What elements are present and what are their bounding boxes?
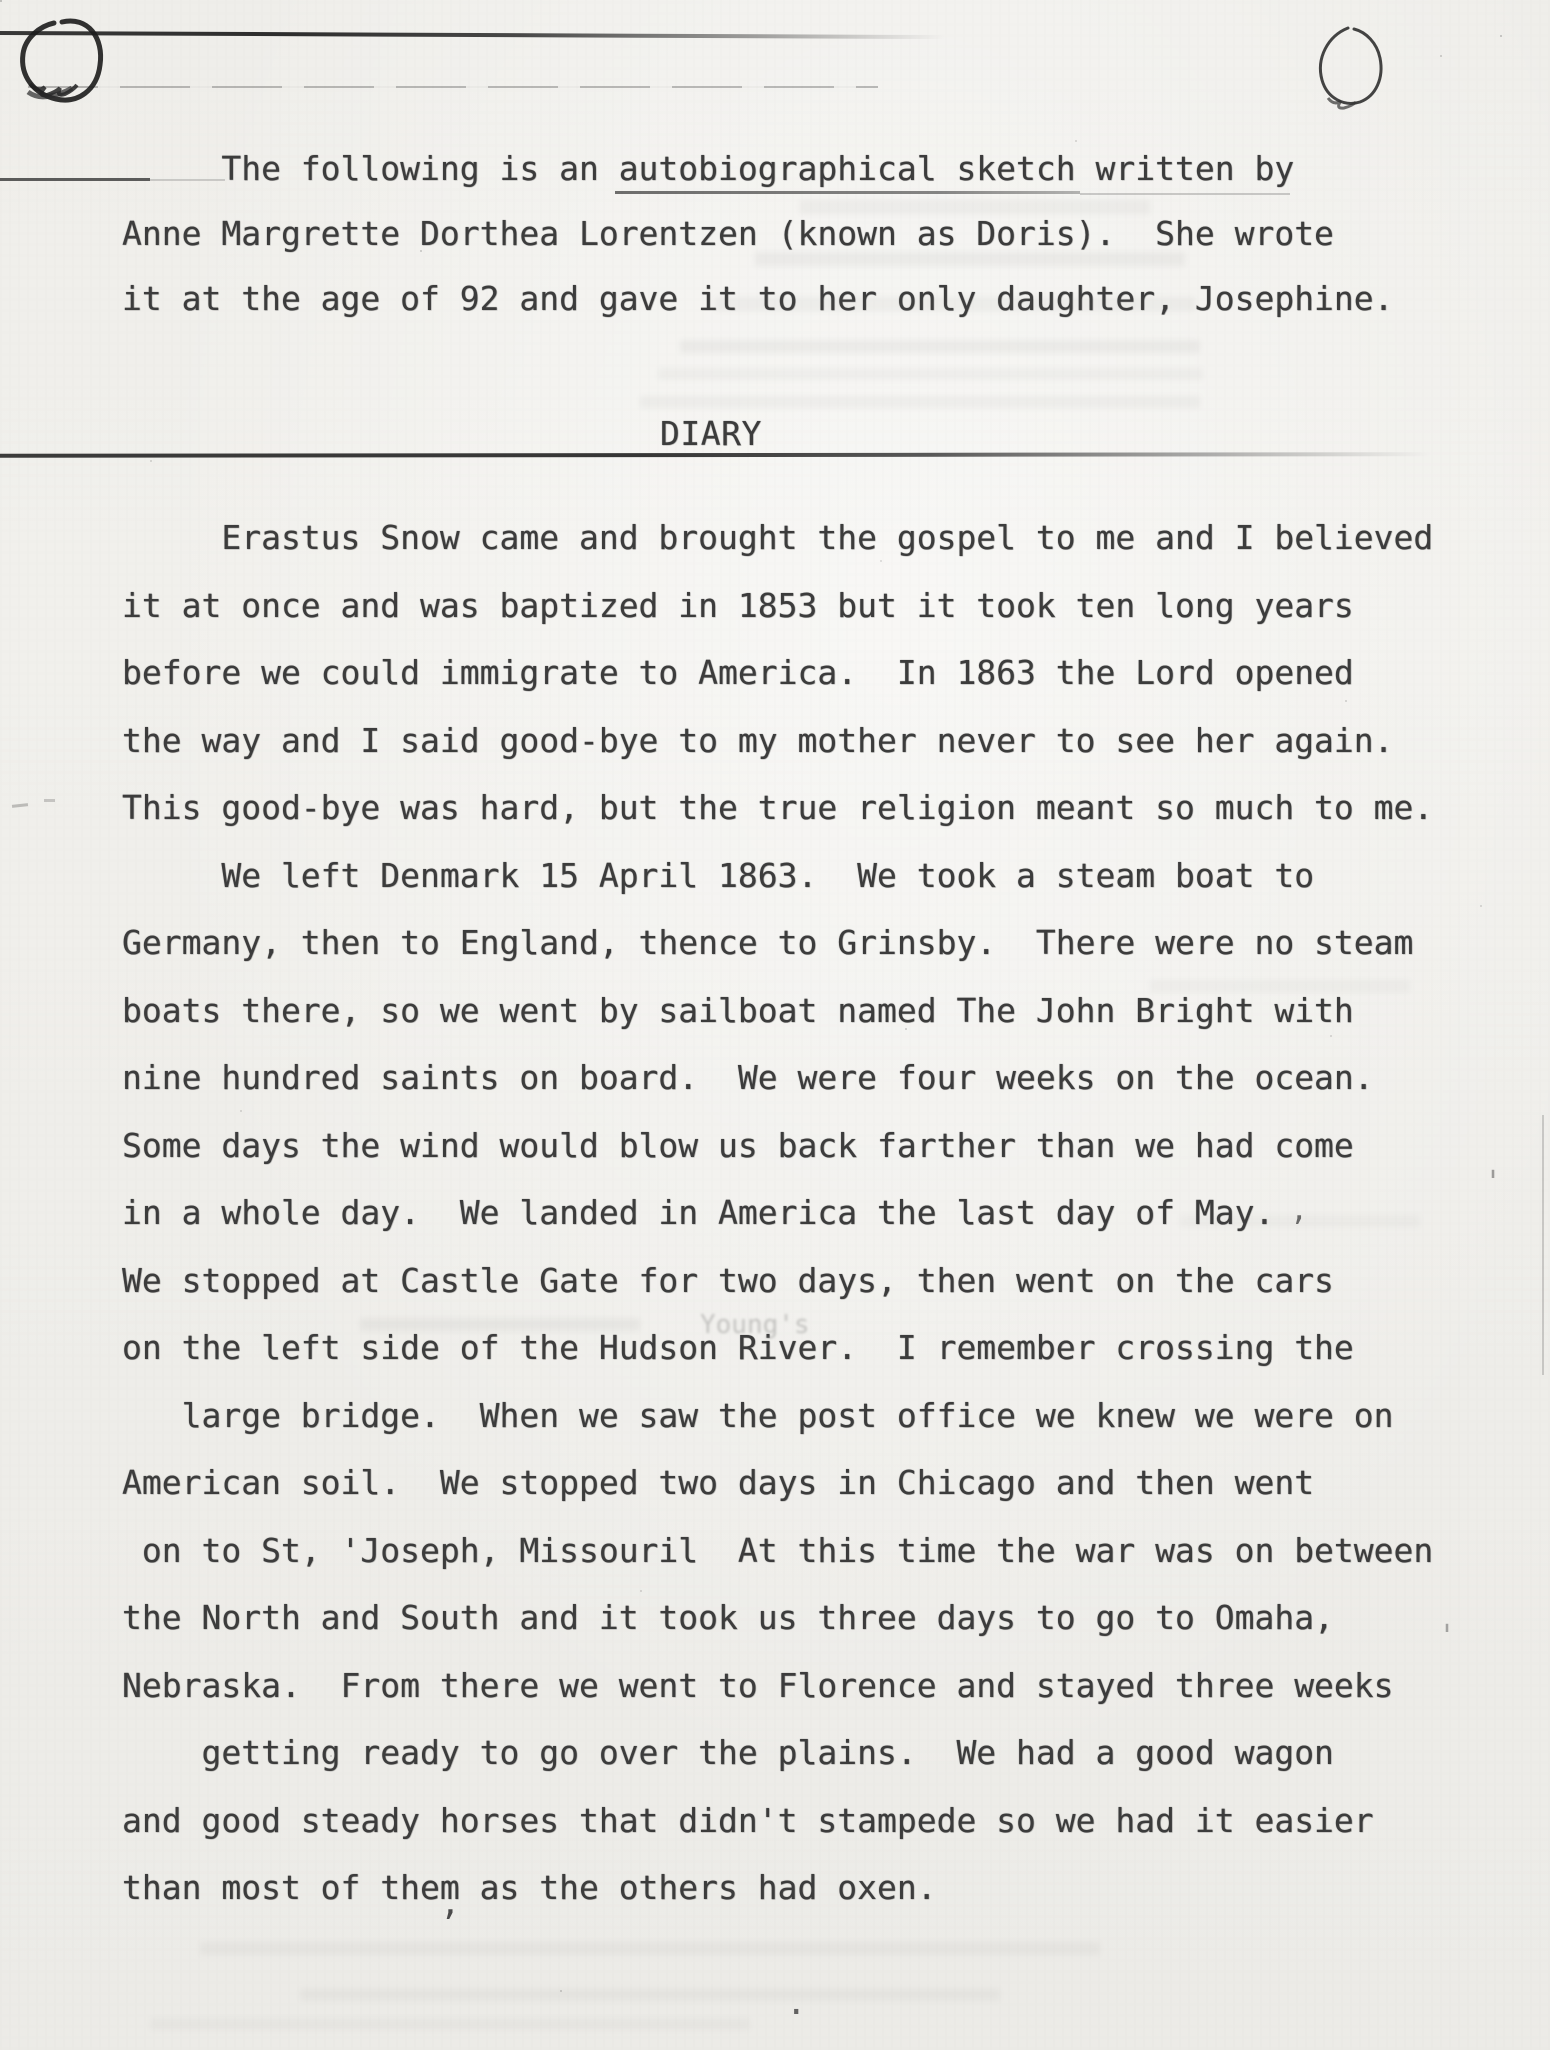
punch-mark-right-icon [1270,10,1430,130]
text-line: on to St, 'Joseph, Missouril At this tim… [122,1517,1433,1585]
text-line: Erastus Snow came and brought the gospel… [122,504,1433,572]
bleedthrough-band [200,1942,1100,1955]
text-line: nine hundred saints on board. We were fo… [122,1044,1433,1112]
scanned-page: The following is an autobiographical ske… [0,0,1550,2050]
margin-dash [12,803,28,808]
diary-heading: DIARY [660,417,762,450]
text-line: We left Denmark 15 April 1863. We took a… [122,842,1433,910]
text-line: it at the age of 92 and gave it to her o… [122,266,1394,331]
text-line: it at once and was baptized in 1853 but … [122,572,1433,640]
bleedthrough-band [300,1988,1000,2001]
text-line: boats there, so we went by sailboat name… [122,977,1433,1045]
scan-line-under-heading [0,452,1430,457]
text-line: Some days the wind would blow us back fa… [122,1112,1433,1180]
margin-dash [44,799,55,802]
text-line: the North and South and it took us three… [122,1584,1433,1652]
stray-tick-right-upper: ' [1484,1168,1502,1198]
text-line: We stopped at Castle Gate for two days, … [122,1247,1433,1315]
text-line: Nebraska. From there we went to Florence… [122,1652,1433,1720]
punch-mark-left-icon [0,0,180,140]
text-line: American soil. We stopped two days in Ch… [122,1449,1433,1517]
bleedthrough-band [680,340,1200,353]
bleedthrough-band [658,368,1203,380]
text-line: and good steady horses that didn't stamp… [122,1787,1433,1855]
text-line: large bridge. When we saw the post offic… [122,1382,1433,1450]
bleedthrough-band [150,2018,750,2030]
text-line: before we could immigrate to America. In… [122,639,1433,707]
text-line: getting ready to go over the plains. We … [122,1719,1433,1787]
text-line: than most of them as the others had oxen… [122,1854,1433,1922]
stray-comma-under-them: , [440,1888,460,1918]
stray-period-bottom: . [786,1988,806,2018]
text-line: Germany, then to England, thence to Grin… [122,909,1433,977]
scan-edge-line [1542,1115,1544,1375]
text-line: The following is an autobiographical ske… [122,136,1394,201]
intro-paragraph: The following is an autobiographical ske… [122,136,1394,331]
bleedthrough-band [640,396,1200,408]
text-line: This good-bye was hard, but the true rel… [122,774,1433,842]
text-line: the way and I said good-bye to my mother… [122,707,1433,775]
text-line: Anne Margrette Dorthea Lorentzen (known … [122,201,1394,266]
ghost-word: Young's [700,1310,810,1340]
stray-comma-after-may: , [1290,1196,1308,1226]
text-line: in a whole day. We landed in America the… [122,1179,1433,1247]
stray-tick-right-lower: ' [1438,1622,1456,1652]
diary-body: Erastus Snow came and brought the gospel… [122,504,1433,1922]
